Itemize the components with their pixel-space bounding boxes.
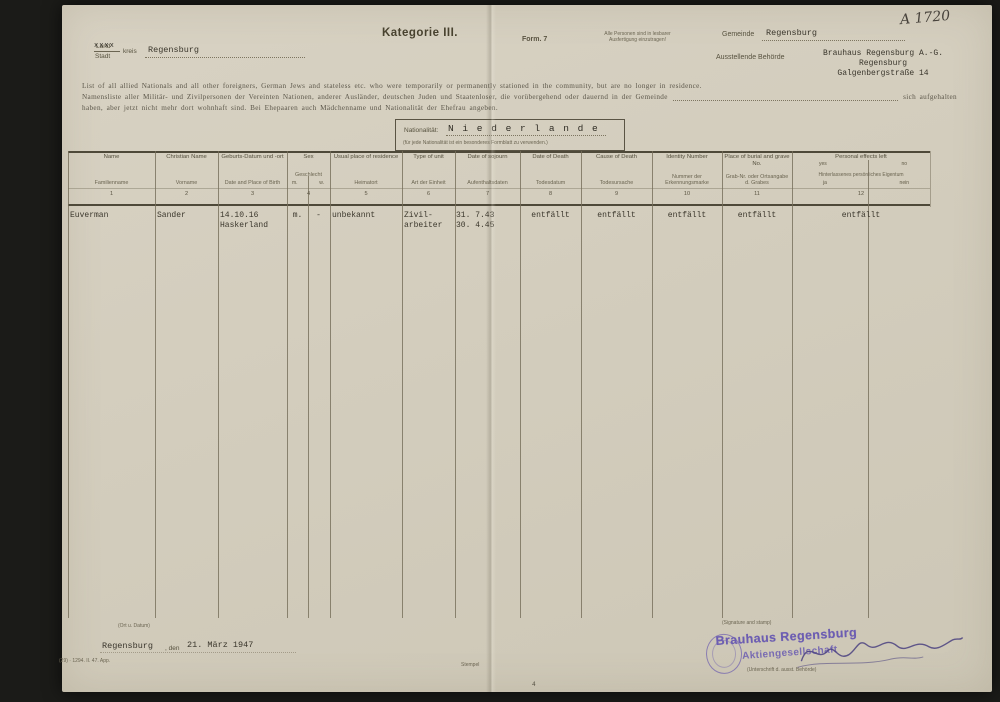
den-label: , den bbox=[165, 645, 179, 652]
district-kreis-word: kreis bbox=[123, 48, 137, 55]
place-date-note: (Ort u. Datum) bbox=[118, 623, 150, 629]
company-stamp: Brauhaus Regensburg Aktiengesellschaft bbox=[699, 619, 971, 682]
gemeinde-fill-line bbox=[762, 32, 905, 41]
date-fill-line bbox=[100, 652, 296, 653]
authority-label: Ausstellende Behörde bbox=[716, 54, 785, 61]
authority-value: Brauhaus Regensburg A.-G. Regensburg Gal… bbox=[798, 49, 968, 79]
gemeinde-label: Gemeinde bbox=[722, 31, 754, 38]
document-scan: Kategorie III. Form. 7 Alle Personen sin… bbox=[0, 0, 1000, 702]
instruction-note: Alle Personen sind in lesbarer Ausfertig… bbox=[575, 31, 700, 43]
nationality-label: Nationalität: bbox=[404, 127, 438, 134]
intro-fill-line bbox=[673, 94, 898, 101]
signature bbox=[794, 625, 966, 677]
intro-german-line2: haben, aber jetzt nicht mehr dort wohnha… bbox=[82, 104, 942, 112]
form-number: Form. 7 bbox=[522, 36, 547, 43]
category-title: Kategorie III. bbox=[355, 27, 485, 39]
page-mark: 4 bbox=[532, 681, 536, 688]
district-strike-marks: xxxx bbox=[94, 42, 115, 50]
print-code: (29) · 1294. II. 47. App. bbox=[59, 658, 110, 664]
intro-german-line1: Namensliste aller Militär- und Zivilpers… bbox=[82, 93, 668, 101]
district-divider bbox=[94, 51, 120, 52]
signature-stamp-note: (Signature and stamp) bbox=[722, 620, 771, 626]
nationality-note: (für jede Nationalität ist ein besondere… bbox=[403, 140, 618, 146]
district-fill-line bbox=[145, 48, 305, 58]
district-stadt-word: Stadt bbox=[95, 53, 110, 60]
nationality-fill-line bbox=[446, 126, 606, 136]
nationality-box: Nationalität: N i e d e r l a n d e (für… bbox=[395, 119, 625, 151]
date-value: 21. März 1947 bbox=[187, 640, 253, 650]
stempel-note: Stempel bbox=[461, 662, 479, 668]
intro-english: List of all allied Nationals and all oth… bbox=[82, 82, 942, 90]
place-value: Regensburg bbox=[102, 641, 153, 651]
intro-german-tail: sich aufgehalten bbox=[903, 93, 957, 101]
